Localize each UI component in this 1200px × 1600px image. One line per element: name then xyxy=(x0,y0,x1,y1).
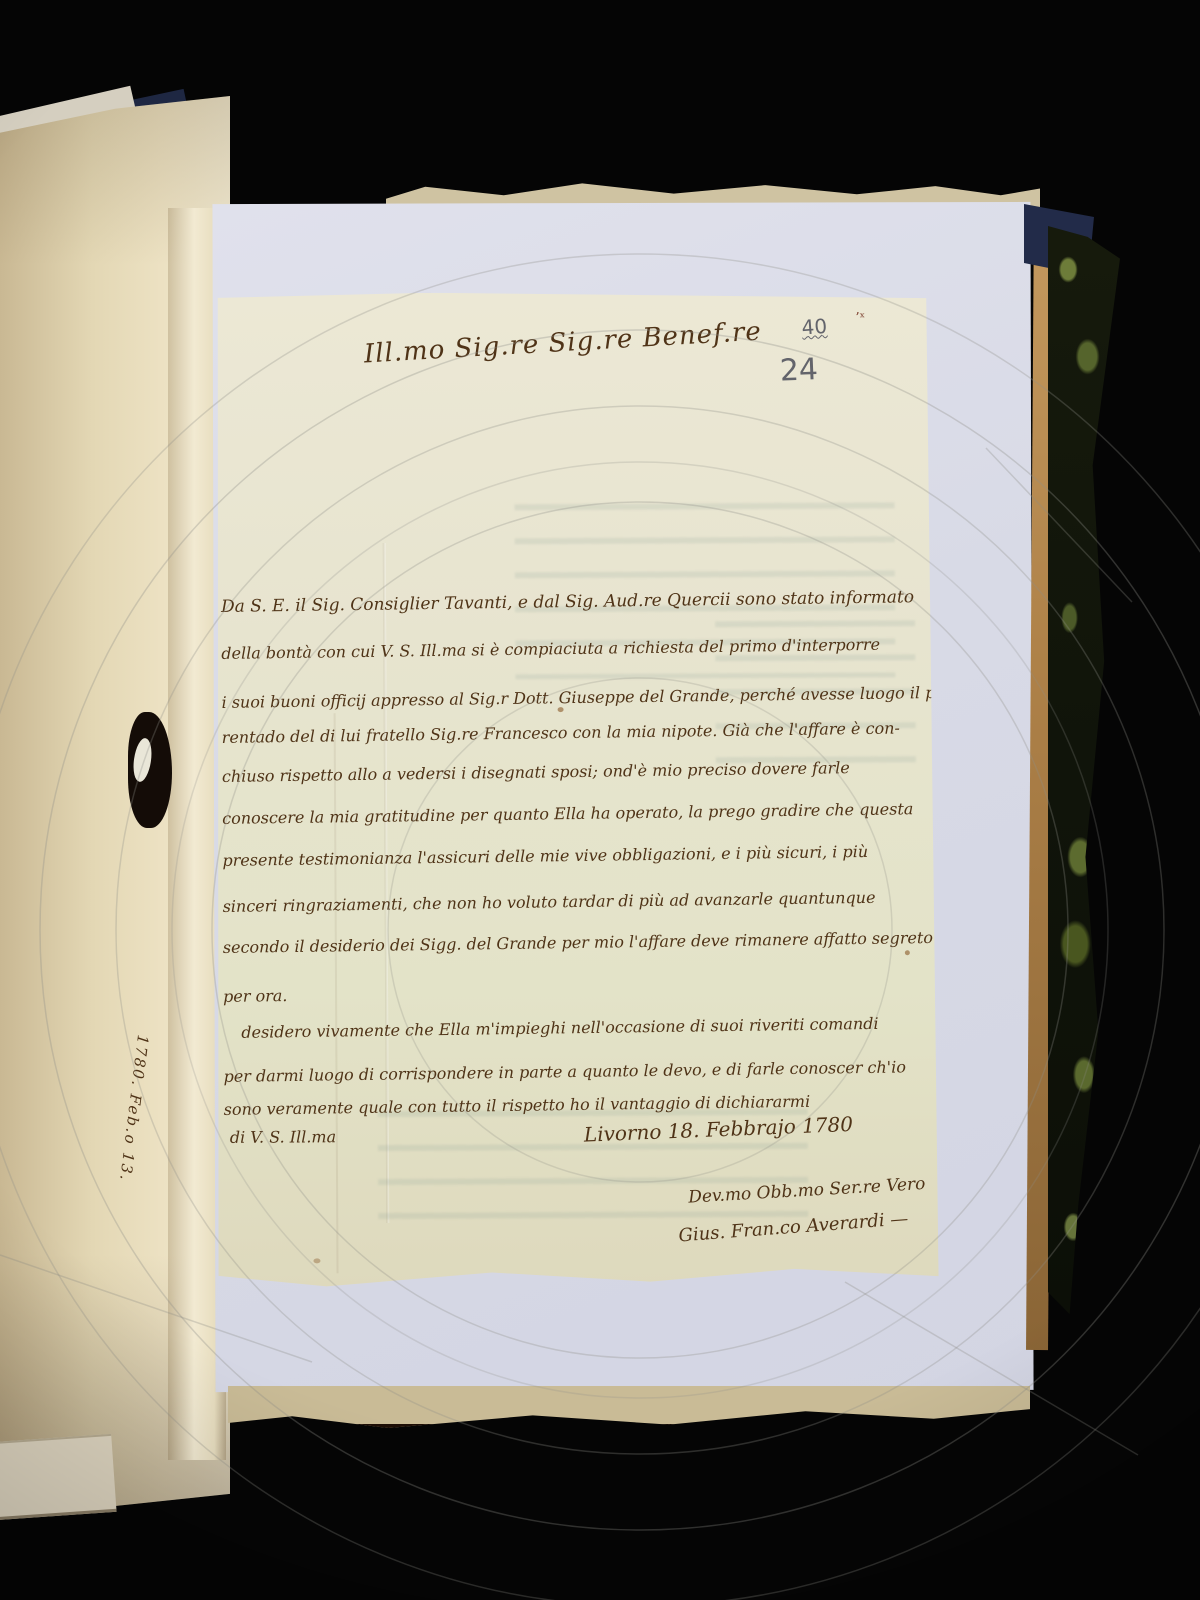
stain-speck xyxy=(558,707,564,712)
ink-blot-hole xyxy=(128,712,172,828)
left-page-bottom-edges xyxy=(0,1434,117,1520)
ink-blot-highlight xyxy=(131,737,154,783)
letter-sheet: Ill.mo Sig.re Sig.re Benef.re 40 ’ˣ 24 D… xyxy=(213,290,938,1290)
letter-body-line: per darmi luogo di corrispondere in part… xyxy=(223,1057,931,1086)
marbled-cover xyxy=(1048,226,1120,1314)
letter-salutation: Ill.mo Sig.re Sig.re Benef.re xyxy=(363,317,762,370)
letter-body-line: per ora. xyxy=(223,977,931,1006)
folio-tick-mark: ’ˣ xyxy=(855,310,865,325)
folio-number-annotation: 40 xyxy=(801,314,828,340)
stain-speck xyxy=(905,950,910,955)
letter-body-line: secondo il desiderio dei Sigg. del Grand… xyxy=(223,928,931,957)
bottom-page-edge xyxy=(228,1386,1030,1428)
page-number-annotation: 24 xyxy=(779,352,819,389)
stain-speck xyxy=(313,1258,320,1263)
letter-closing: di V. S. Ill.ma xyxy=(230,1127,336,1147)
letter-body-line: desidero vivamente che Ella m'impieghi n… xyxy=(241,1013,949,1042)
letter-body-line: chiuso rispetto allo a vedersi i disegna… xyxy=(222,757,930,786)
letter-body-line: sinceri ringraziamenti, che non ho volut… xyxy=(222,887,930,916)
manuscript-photo: 1780. Feb.o 13. Ill.mo Sig.re Sig.re Ben… xyxy=(0,0,1200,1600)
letter-body-line: presente testimonianza l'assicuri delle … xyxy=(222,841,930,870)
letter-body-line: conoscere la mia gratitudine per quanto … xyxy=(222,799,930,828)
